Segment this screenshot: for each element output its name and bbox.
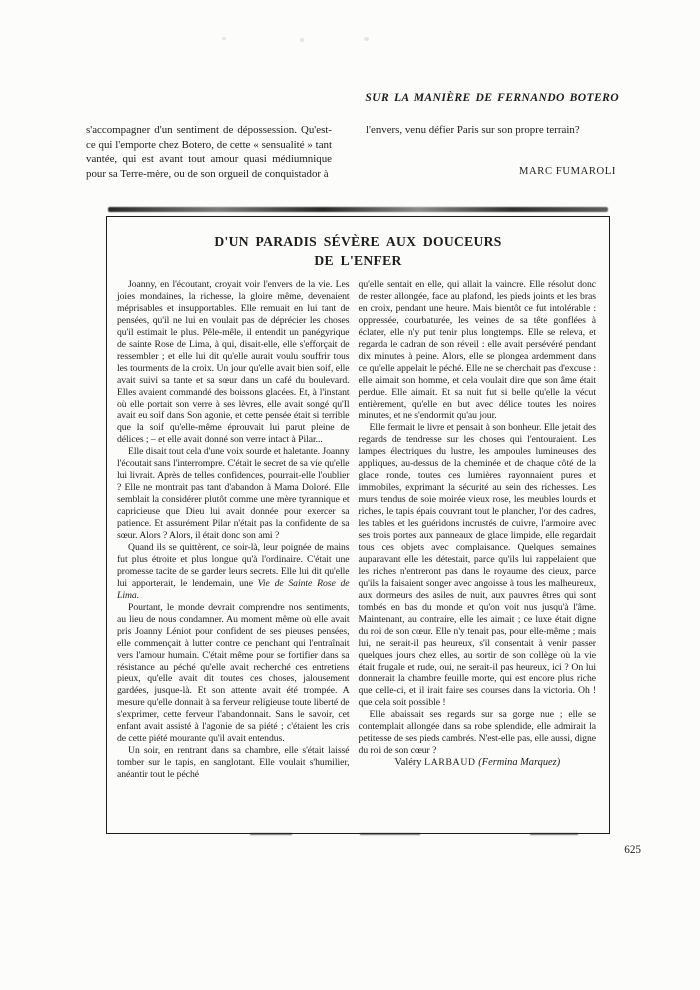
excerpt-title: D'UN PARADIS SÉVÈRE AUX DOUCEURS DE L'EN… <box>119 232 597 270</box>
paper-speck <box>222 37 226 40</box>
attribution-work: (Fermina Marquez) <box>478 757 560 768</box>
excerpt-left-column: Joanny, en l'écoutant, croyait voir l'en… <box>117 279 350 827</box>
paragraph: Quand ils se quittèrent, ce soir-là, leu… <box>117 542 350 602</box>
paragraph: Elle disait tout cela d'une voix sourde … <box>117 446 350 542</box>
excerpt-title-line2: DE L'ENFER <box>119 251 597 270</box>
attribution: Valéry LARBAUD (Fermina Marquez) <box>359 757 596 769</box>
excerpt-box: D'UN PARADIS SÉVÈRE AUX DOUCEURS DE L'EN… <box>106 216 610 834</box>
scan-smudge-artifact <box>108 207 608 212</box>
page-number: 625 <box>624 844 641 856</box>
paragraph: Elle abaissait ses regards sur sa gorge … <box>359 709 596 757</box>
excerpt-right-column: qu'elle sentait en elle, qui allait la v… <box>359 279 596 827</box>
paper-speck <box>300 38 304 42</box>
paper-speck <box>364 37 369 41</box>
paragraph: Elle fermait le livre et pensait à son b… <box>359 422 596 709</box>
excerpt-title-line1: D'UN PARADIS SÉVÈRE AUX DOUCEURS <box>119 232 597 251</box>
author-byline: MARC FUMAROLI <box>519 166 616 177</box>
attribution-given-name: Valéry <box>394 757 421 768</box>
attribution-surname: LARBAUD <box>424 757 476 768</box>
paragraph: qu'elle sentait en elle, qui allait la v… <box>359 279 596 422</box>
scan-smudge-artifact <box>250 833 292 835</box>
scanned-document-page: SUR LA MANIÈRE DE FERNANDO BOTERO s'acco… <box>0 0 700 990</box>
excerpt-columns: Joanny, en l'écoutant, croyait voir l'en… <box>107 270 609 827</box>
paragraph: Joanny, en l'écoutant, croyait voir l'en… <box>117 279 350 446</box>
intro-left-column: s'accompagner d'un sentiment de déposses… <box>86 123 332 181</box>
paragraph: Pourtant, le monde devrait comprendre no… <box>117 602 350 745</box>
running-header: SUR LA MANIÈRE DE FERNANDO BOTERO <box>365 91 619 104</box>
scan-smudge-artifact <box>360 833 420 835</box>
paragraph: Un soir, en rentrant dans sa chambre, el… <box>117 745 350 781</box>
scan-smudge-artifact <box>530 833 578 835</box>
